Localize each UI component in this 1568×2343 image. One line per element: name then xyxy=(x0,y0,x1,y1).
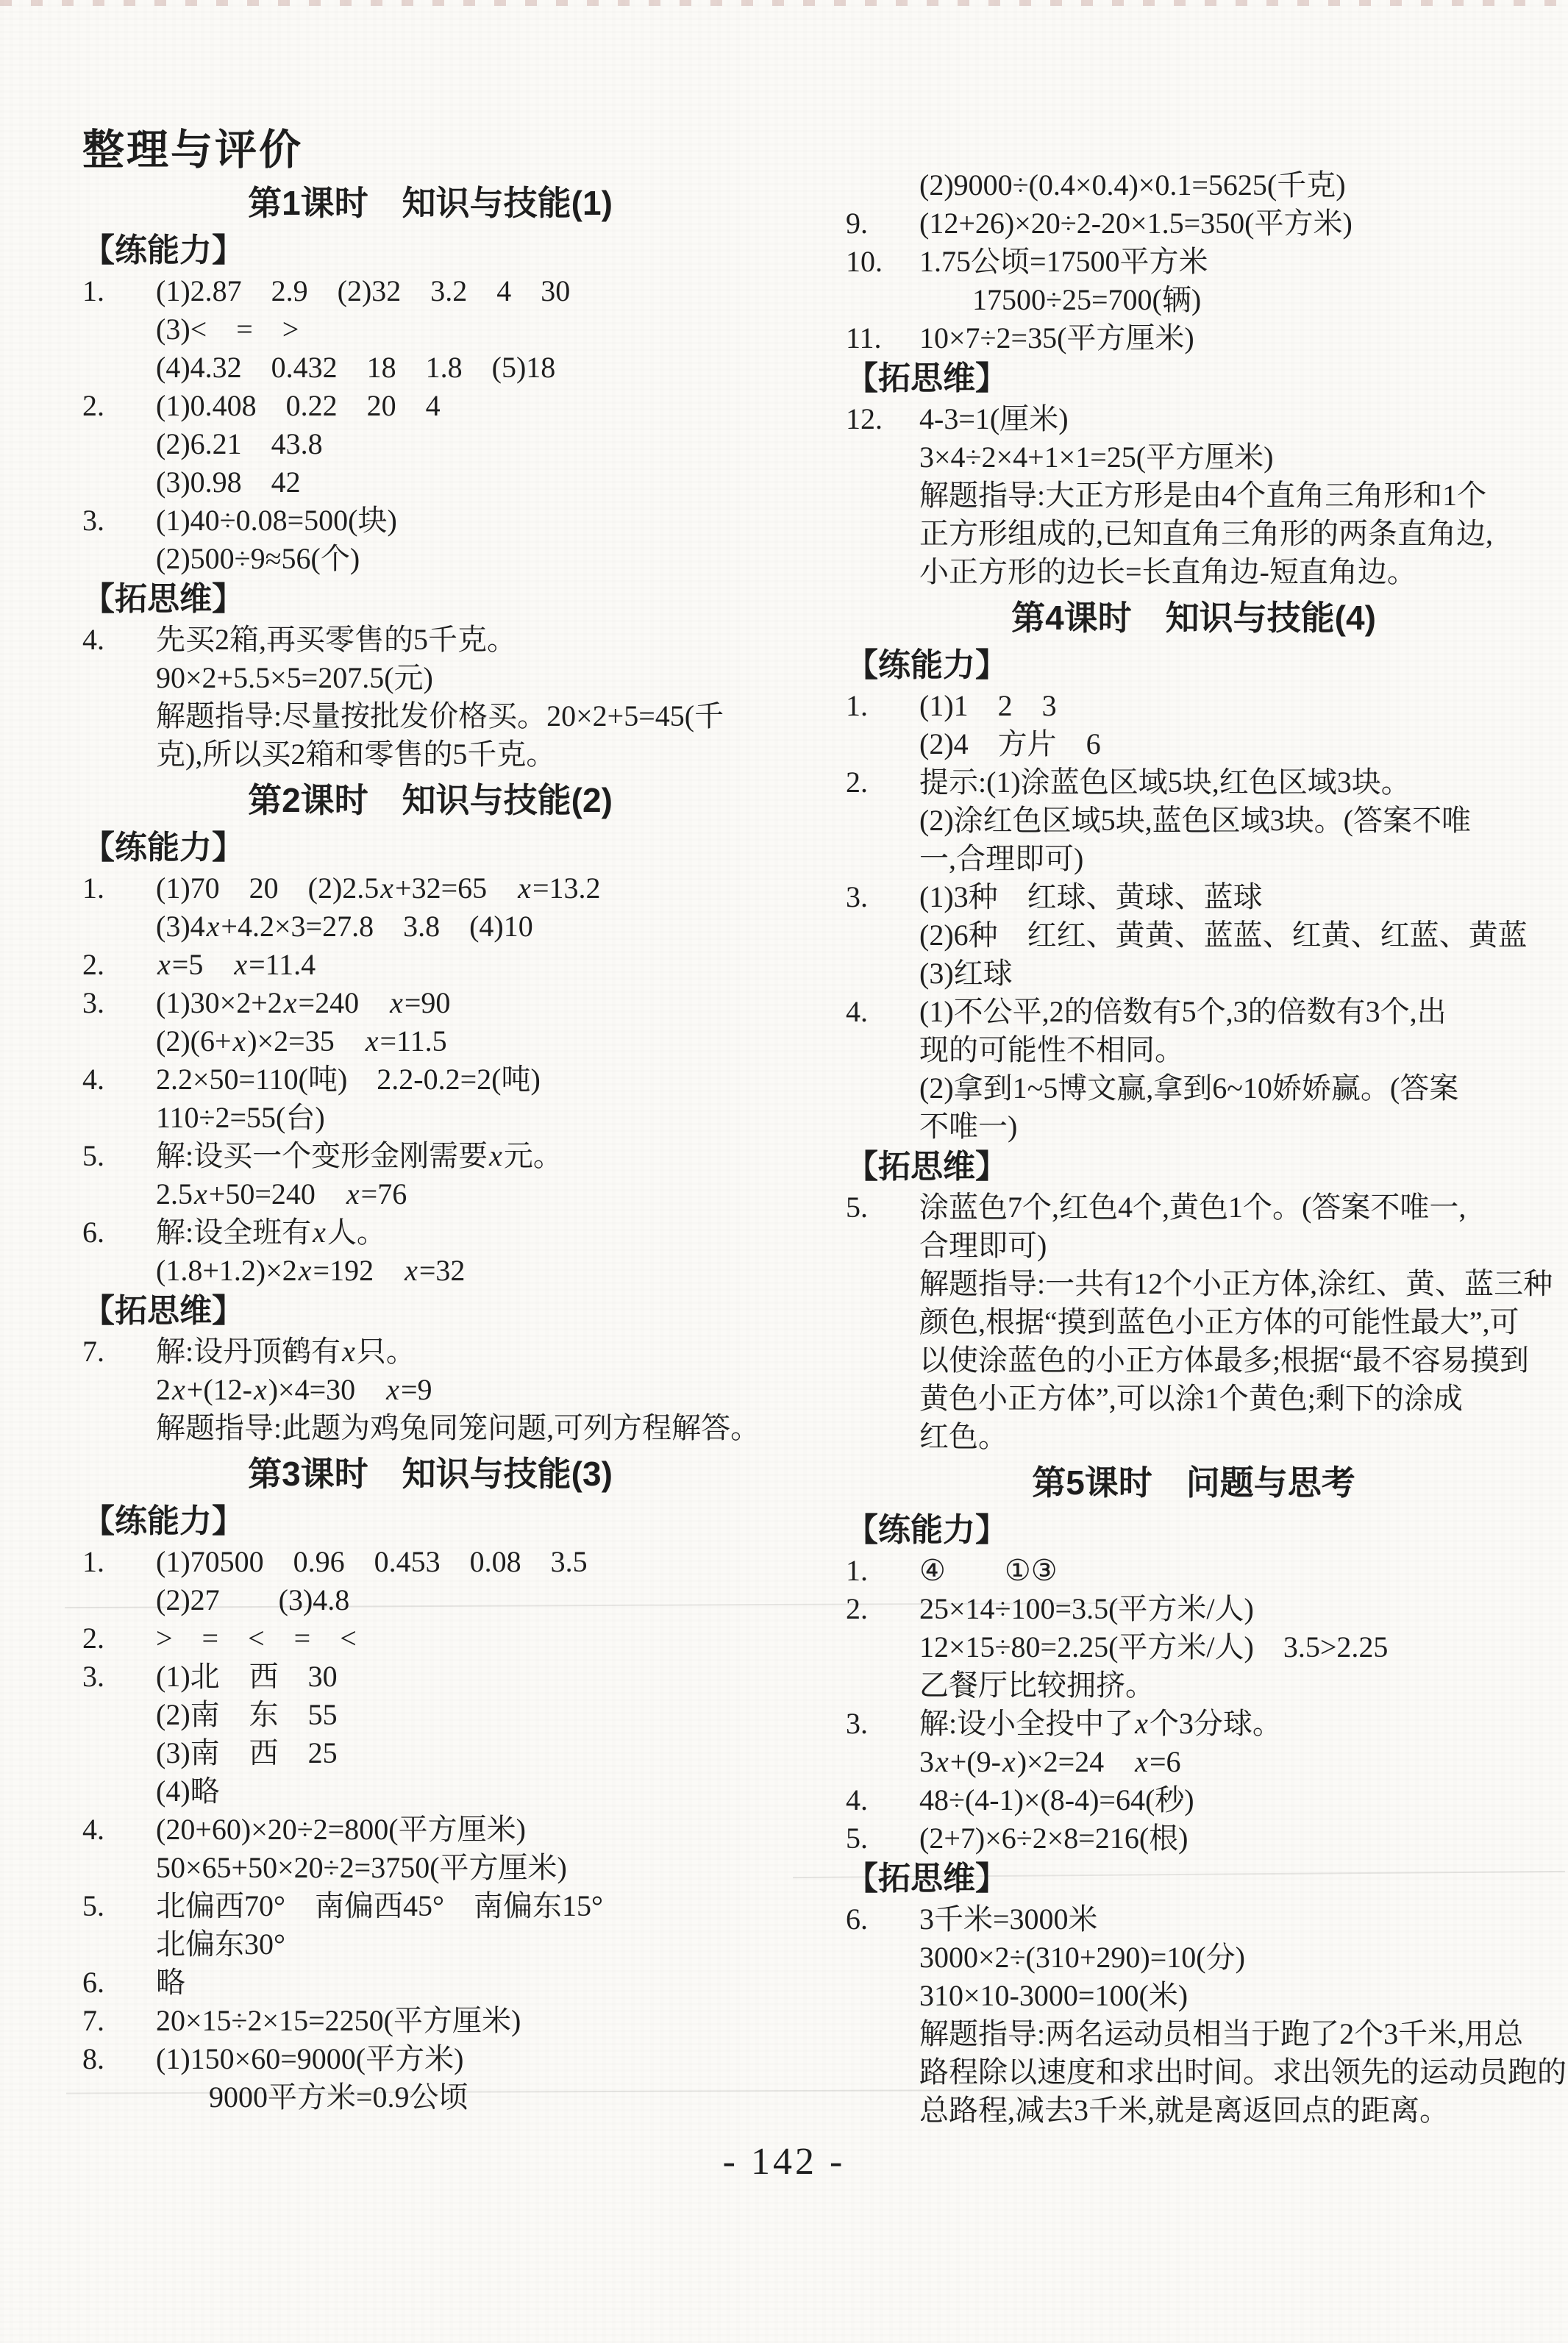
answer-text: (1)北 西 30 xyxy=(156,1660,338,1693)
answer-continuation: 北偏东30° xyxy=(82,1925,778,1964)
answer-text: 3千米=3000米 xyxy=(919,1902,1098,1936)
item-number: 3. xyxy=(82,1658,156,1696)
item-number: 2. xyxy=(846,1590,919,1628)
answer-text: (1)1 2 3 xyxy=(919,689,1057,722)
ability-label: 【拓思维】 xyxy=(82,578,778,621)
answer-text: (4)略 xyxy=(156,1775,220,1808)
heading-text: 第1课时 知识与技能(1) xyxy=(248,184,613,222)
answer-continuation: 克),所以买2箱和零售的5千克。 xyxy=(82,735,778,774)
answer-text: (2)6.21 43.8 xyxy=(156,427,323,460)
item-number: 6. xyxy=(82,1964,156,2002)
item-number: 6. xyxy=(82,1213,156,1252)
answer-text: (1)不公平,2的倍数有5个,3的倍数有3个,出 xyxy=(919,995,1447,1028)
answer-text: (2)9000÷(0.4×0.4)×0.1=5625(千克) xyxy=(919,168,1346,202)
math-variable: x xyxy=(934,1745,950,1778)
answer-text: 现的可能性不相同。 xyxy=(919,1033,1184,1066)
answer-item: 1.(1)70 20 (2)2.5x+32=65 x=13.2 xyxy=(82,869,778,907)
left-column: 整理与评价第1课时 知识与技能(1)【练能力】1.(1)2.87 2.9 (2)… xyxy=(82,124,778,2116)
answer-item: 8.(1)150×60=9000(平方米) xyxy=(82,2040,778,2078)
answer-continuation: (1.8+1.2)×2x=192 x=32 xyxy=(82,1252,778,1290)
item-number: 1. xyxy=(846,687,919,725)
ability-label: 【练能力】 xyxy=(846,1509,1542,1552)
label-text: 【练能力】 xyxy=(846,647,1008,683)
answer-continuation: (2)(6+x)×2=35 x=11.5 xyxy=(82,1022,778,1060)
math-variable: x xyxy=(379,871,395,905)
ability-label: 【拓思维】 xyxy=(846,357,1542,400)
answer-item: 1.(1)70500 0.96 0.453 0.08 3.5 xyxy=(82,1543,778,1581)
answer-continuation: (4)4.32 0.432 18 1.8 (5)18 xyxy=(82,349,778,387)
answer-text: 解题指导:大正方形是由4个直角三角形和1个 xyxy=(919,479,1486,512)
lesson-heading: 第4课时 知识与技能(4) xyxy=(846,591,1542,644)
answer-continuation: 总路程,减去3千米,就是离返回点的距离。 xyxy=(846,2091,1542,2130)
item-number: 4. xyxy=(82,1811,156,1849)
answer-continuation: 50×65+50×20÷2=3750(平方厘米) xyxy=(82,1849,778,1887)
answer-item: 1.④ ①③ xyxy=(846,1552,1542,1590)
answer-text: 50×65+50×20÷2=3750(平方厘米) xyxy=(156,1851,567,1884)
answer-continuation: 黄色小正方体”,可以涂1个黄色;剩下的涂成 xyxy=(846,1380,1542,1418)
label-text: 【拓思维】 xyxy=(846,1149,1008,1185)
item-number: 4. xyxy=(846,1781,919,1819)
answer-continuation: 310×10-3000=100(米) xyxy=(846,1977,1542,2015)
answer-item: 1.(1)1 2 3 xyxy=(846,687,1542,725)
answer-continuation: 正方形组成的,已知直角三角形的两条直角边, xyxy=(846,515,1542,553)
answer-item: 2.提示:(1)涂蓝色区域5块,红色区域3块。 xyxy=(846,763,1542,802)
answer-text: 总路程,减去3千米,就是离返回点的距离。 xyxy=(919,2094,1449,2127)
answer-text: 解:设全班有x人。 xyxy=(156,1216,386,1249)
answer-item: 2.x=5 x=11.4 xyxy=(82,946,778,984)
answer-text: 9000平方米=0.9公顷 xyxy=(209,2080,468,2114)
ability-label: 【练能力】 xyxy=(82,1500,778,1543)
answer-continuation: (2)9000÷(0.4×0.4)×0.1=5625(千克) xyxy=(846,166,1542,204)
page-number: - 142 - xyxy=(0,2139,1568,2186)
answer-item: 2.(1)0.408 0.22 20 4 xyxy=(82,387,778,425)
answer-text: (2)500÷9≈56(个) xyxy=(156,542,360,575)
answer-continuation: 以使涂蓝色的小正方体最多;根据“最不容易摸到 xyxy=(846,1341,1542,1380)
answer-text: 涂蓝色7个,红色4个,黄色1个。(答案不唯一, xyxy=(919,1191,1466,1224)
item-number: 9. xyxy=(846,204,919,243)
answer-text: 12×15÷80=2.25(平方米/人) 3.5>2.25 xyxy=(919,1630,1388,1663)
answer-item: 11.10×7÷2=35(平方厘米) xyxy=(846,319,1542,357)
answer-text: 10×7÷2=35(平方厘米) xyxy=(919,321,1194,354)
answer-text: 乙餐厅比较拥挤。 xyxy=(919,1669,1155,1702)
answer-item: 12.4-3=1(厘米) xyxy=(846,400,1542,438)
item-number: 12. xyxy=(846,400,919,438)
label-text: 【练能力】 xyxy=(82,1503,244,1539)
math-variable: x xyxy=(388,986,405,1019)
answer-text: 25×14÷100=3.5(平方米/人) xyxy=(919,1592,1254,1625)
heading-text: 第2课时 知识与技能(2) xyxy=(248,781,613,819)
answer-item: 6.略 xyxy=(82,1964,778,2002)
answer-continuation: (3)4x+4.2×3=27.8 3.8 (4)10 xyxy=(82,907,778,946)
answer-text: (1)70500 0.96 0.453 0.08 3.5 xyxy=(156,1545,588,1578)
math-variable: x xyxy=(516,871,532,905)
answer-item: 3.(1)40÷0.08=500(块) xyxy=(82,502,778,540)
answer-item: 7.20×15÷2×15=2250(平方厘米) xyxy=(82,2002,778,2040)
answer-text: 解:设小全投中了x个3分球。 xyxy=(919,1707,1282,1740)
label-text: 【拓思维】 xyxy=(846,1861,1008,1897)
answer-text: 3000×2÷(310+290)=10(分) xyxy=(919,1941,1245,1974)
item-number: 3. xyxy=(82,502,156,540)
answer-text: (2)6种 红红、黄黄、蓝蓝、红黄、红蓝、黄蓝 xyxy=(919,919,1528,952)
answer-text: 先买2箱,再买零售的5千克。 xyxy=(156,623,516,656)
answer-continuation: 3×4÷2×4+1×1=25(平方厘米) xyxy=(846,438,1542,477)
answer-text: 正方形组成的,已知直角三角形的两条直角边, xyxy=(919,517,1493,550)
item-number: 2. xyxy=(82,387,156,425)
answer-item: 4.48÷(4-1)×(8-4)=64(秒) xyxy=(846,1781,1542,1819)
lesson-heading: 第2课时 知识与技能(2) xyxy=(82,774,778,827)
answer-text: 解题指导:尽量按批发价格买。20×2+5=45(千 xyxy=(156,699,724,732)
answer-text: (3)0.98 42 xyxy=(156,466,301,499)
item-number: 1. xyxy=(846,1552,919,1590)
answer-continuation: 3000×2÷(310+290)=10(分) xyxy=(846,1939,1542,1977)
item-number: 5. xyxy=(82,1887,156,1925)
answer-continuation: 红色。 xyxy=(846,1418,1542,1456)
answer-text: 2.5x+50=240 x=76 xyxy=(156,1177,407,1210)
item-number: 2. xyxy=(82,946,156,984)
answer-text: (1)150×60=9000(平方米) xyxy=(156,2042,463,2075)
answer-text: 4-3=1(厘米) xyxy=(919,402,1069,435)
answer-continuation: 解题指导:两名运动员相当于跑了2个3千米,用总 xyxy=(846,2015,1542,2053)
answer-item: 2.25×14÷100=3.5(平方米/人) xyxy=(846,1590,1542,1628)
answer-text: 北偏东30° xyxy=(156,1927,285,1961)
title-text: 整理与评价 xyxy=(82,126,303,174)
item-number: 4. xyxy=(82,621,156,659)
answer-item: 7.解:设丹顶鹤有x只。 xyxy=(82,1333,778,1371)
item-number: 7. xyxy=(82,1333,156,1371)
answer-text: > = < = < xyxy=(156,1622,357,1655)
answer-text: (1)40÷0.08=500(块) xyxy=(156,504,397,537)
answer-text: (4)4.32 0.432 18 1.8 (5)18 xyxy=(156,351,555,384)
answer-continuation: 一,合理即可) xyxy=(846,840,1542,878)
answer-text: (3)南 西 25 xyxy=(156,1736,338,1769)
answer-text: 一,合理即可) xyxy=(919,842,1083,875)
answer-continuation: 3x+(9-x)×2=24 x=6 xyxy=(846,1743,1542,1781)
ability-label: 【拓思维】 xyxy=(846,1858,1542,1900)
answer-item: 6.解:设全班有x人。 xyxy=(82,1213,778,1252)
math-variable: x xyxy=(205,910,221,943)
item-number: 1. xyxy=(82,1543,156,1581)
answer-text: 不唯一) xyxy=(919,1110,1017,1143)
answer-continuation: 90×2+5.5×5=207.5(元) xyxy=(82,659,778,697)
math-variable: x xyxy=(156,948,172,981)
item-number: 5. xyxy=(846,1819,919,1858)
item-number: 4. xyxy=(846,993,919,1031)
lesson-heading: 第5课时 问题与思考 xyxy=(846,1456,1542,1509)
label-text: 【练能力】 xyxy=(82,830,244,866)
answer-continuation: 路程除以速度和求出时间。求出领先的运动员跑的 xyxy=(846,2053,1542,2091)
answer-text: (3)< = > xyxy=(156,313,299,346)
math-variable: x xyxy=(341,1335,357,1368)
right-column: (2)9000÷(0.4×0.4)×0.1=5625(千克)9.(12+26)×… xyxy=(846,166,1542,2130)
item-number: 8. xyxy=(82,2040,156,2078)
item-number: 2. xyxy=(82,1619,156,1658)
answer-continuation: 解题指导:此题为鸡兔同笼问题,可列方程解答。 xyxy=(82,1409,778,1447)
answer-continuation: (2)6种 红红、黄黄、蓝蓝、红黄、红蓝、黄蓝 xyxy=(846,916,1542,955)
answer-text: 黄色小正方体”,可以涂1个黄色;剩下的涂成 xyxy=(919,1382,1463,1415)
answer-text: 解:设丹顶鹤有x只。 xyxy=(156,1335,416,1368)
answer-text: 略 xyxy=(156,1966,185,1999)
book-section-title: 整理与评价 xyxy=(82,124,778,176)
answer-continuation: 解题指导:尽量按批发价格买。20×2+5=45(千 xyxy=(82,697,778,735)
math-variable: x xyxy=(364,1024,380,1058)
answer-text: (1)30×2+2x=240 x=90 xyxy=(156,986,450,1019)
answer-text: 合理即可) xyxy=(919,1229,1047,1262)
math-variable: x xyxy=(488,1139,504,1172)
answer-item: 5.北偏西70° 南偏西45° 南偏东15° xyxy=(82,1887,778,1925)
item-number: 10. xyxy=(846,243,919,281)
answer-text: (20+60)×20÷2=800(平方厘米) xyxy=(156,1813,526,1846)
answer-text: 北偏西70° 南偏西45° 南偏东15° xyxy=(156,1889,603,1922)
answer-text: 1.75公顷=17500平方米 xyxy=(919,245,1208,278)
answer-continuation: (4)略 xyxy=(82,1772,778,1811)
answer-continuation: 乙餐厅比较拥挤。 xyxy=(846,1666,1542,1705)
item-number: 1. xyxy=(82,272,156,310)
answer-continuation: 小正方形的边长=长直角边-短直角边。 xyxy=(846,553,1542,591)
answer-continuation: 12×15÷80=2.25(平方米/人) 3.5>2.25 xyxy=(846,1628,1542,1666)
answer-text: 解题指导:此题为鸡兔同笼问题,可列方程解答。 xyxy=(156,1411,760,1444)
answer-continuation: 2.5x+50=240 x=76 xyxy=(82,1175,778,1213)
scanned-workbook-page: 整理与评价第1课时 知识与技能(1)【练能力】1.(1)2.87 2.9 (2)… xyxy=(0,0,1568,2343)
answer-item: 5.(2+7)×6÷2×8=216(根) xyxy=(846,1819,1542,1858)
item-number: 1. xyxy=(82,869,156,907)
answer-text: 提示:(1)涂蓝色区域5块,红色区域3块。 xyxy=(919,766,1411,799)
answer-continuation: 解题指导:大正方形是由4个直角三角形和1个 xyxy=(846,477,1542,515)
item-number: 11. xyxy=(846,319,919,357)
answer-item: 10.1.75公顷=17500平方米 xyxy=(846,243,1542,281)
answer-text: (2)南 东 55 xyxy=(156,1698,338,1731)
answer-continuation: 解题指导:一共有12个小正方体,涂红、黄、蓝三种 xyxy=(846,1265,1542,1303)
answer-text: 48÷(4-1)×(8-4)=64(秒) xyxy=(919,1783,1194,1816)
math-variable: x xyxy=(232,1024,248,1058)
item-number: 6. xyxy=(846,1900,919,1939)
label-text: 【拓思维】 xyxy=(82,1293,244,1329)
answer-text: x=5 x=11.4 xyxy=(156,948,316,981)
answer-text: 3x+(9-x)×2=24 x=6 xyxy=(919,1745,1181,1778)
answer-item: 9.(12+26)×20÷2-20×1.5=350(平方米) xyxy=(846,204,1542,243)
answer-continuation: (2)500÷9≈56(个) xyxy=(82,540,778,578)
ability-label: 【练能力】 xyxy=(846,644,1542,687)
answer-text: ④ ①③ xyxy=(919,1554,1058,1587)
answer-continuation: 不唯一) xyxy=(846,1108,1542,1146)
answer-item: 1.(1)2.87 2.9 (2)32 3.2 4 30 xyxy=(82,272,778,310)
answer-text: (2)涂红色区域5块,蓝色区域3块。(答案不唯 xyxy=(919,804,1471,837)
answer-continuation: (3)0.98 42 xyxy=(82,463,778,502)
answer-item: 5.解:设买一个变形金刚需要x元。 xyxy=(82,1137,778,1175)
item-number: 3. xyxy=(82,984,156,1022)
answer-text: 17500÷25=700(辆) xyxy=(972,283,1201,316)
answer-text: (3)红球 xyxy=(919,957,1013,990)
answer-continuation-deep: 17500÷25=700(辆) xyxy=(846,281,1542,319)
answer-item: 6.3千米=3000米 xyxy=(846,1900,1542,1939)
math-variable: x xyxy=(171,1373,187,1406)
item-number: 4. xyxy=(82,1060,156,1099)
answer-item: 4.2.2×50=110(吨) 2.2-0.2=2(吨) xyxy=(82,1060,778,1099)
answer-continuation: 合理即可) xyxy=(846,1227,1542,1265)
answer-continuation: 颜色,根据“摸到蓝色小正方体的可能性最大”,可 xyxy=(846,1303,1542,1341)
heading-text: 第3课时 知识与技能(3) xyxy=(248,1455,613,1493)
answer-text: 20×15÷2×15=2250(平方厘米) xyxy=(156,2004,521,2037)
answer-text: 310×10-3000=100(米) xyxy=(919,1979,1188,2012)
answer-text: 以使涂蓝色的小正方体最多;根据“最不容易摸到 xyxy=(919,1344,1529,1377)
answer-item: 4.(20+60)×20÷2=800(平方厘米) xyxy=(82,1811,778,1849)
answer-text: (12+26)×20÷2-20×1.5=350(平方米) xyxy=(919,207,1353,240)
answer-item: 3.(1)30×2+2x=240 x=90 xyxy=(82,984,778,1022)
answer-text: 110÷2=55(台) xyxy=(156,1101,325,1134)
answer-text: (1)70 20 (2)2.5x+32=65 x=13.2 xyxy=(156,871,601,905)
ability-label: 【拓思维】 xyxy=(82,1290,778,1333)
answer-text: 小正方形的边长=长直角边-短直角边。 xyxy=(919,555,1416,588)
answer-text: 红色。 xyxy=(919,1420,1008,1453)
answer-text: 2.2×50=110(吨) 2.2-0.2=2(吨) xyxy=(156,1063,541,1096)
item-number: 5. xyxy=(846,1188,919,1227)
math-variable: x xyxy=(1001,1745,1017,1778)
answer-item: 4.(1)不公平,2的倍数有5个,3的倍数有3个,出 xyxy=(846,993,1542,1031)
answer-continuation: 110÷2=55(台) xyxy=(82,1099,778,1137)
answer-continuation: (2)4 方片 6 xyxy=(846,725,1542,763)
answer-item: 3.(1)3种 红球、黄球、蓝球 xyxy=(846,878,1542,916)
answer-continuation: (3)< = > xyxy=(82,310,778,349)
item-number: 5. xyxy=(82,1137,156,1175)
math-variable: x xyxy=(282,986,299,1019)
ability-label: 【拓思维】 xyxy=(846,1146,1542,1188)
answer-text: 颜色,根据“摸到蓝色小正方体的可能性最大”,可 xyxy=(919,1305,1519,1338)
answer-text: 路程除以速度和求出时间。求出领先的运动员跑的 xyxy=(919,2055,1567,2089)
answer-continuation: (2)南 东 55 xyxy=(82,1696,778,1734)
answer-text: 克),所以买2箱和零售的5千克。 xyxy=(156,738,555,771)
label-text: 【拓思维】 xyxy=(846,360,1008,396)
answer-text: (2)拿到1~5博文赢,拿到6~10娇娇赢。(答案 xyxy=(919,1071,1458,1105)
item-number: 2. xyxy=(846,763,919,802)
lesson-heading: 第1课时 知识与技能(1) xyxy=(82,176,778,229)
math-variable: x xyxy=(193,1177,209,1210)
math-variable: x xyxy=(385,1373,401,1406)
answer-continuation: (2)涂红色区域5块,蓝色区域3块。(答案不唯 xyxy=(846,802,1542,840)
answer-text: (1)0.408 0.22 20 4 xyxy=(156,389,441,422)
ability-label: 【练能力】 xyxy=(82,827,778,869)
answer-continuation: (2)27 (3)4.8 xyxy=(82,1581,778,1619)
answer-item: 2.> = < = < xyxy=(82,1619,778,1658)
math-variable: x xyxy=(297,1254,313,1287)
answer-continuation: (2)6.21 43.8 xyxy=(82,425,778,463)
answer-text: (1)2.87 2.9 (2)32 3.2 4 30 xyxy=(156,274,570,307)
answer-continuation: (2)拿到1~5博文赢,拿到6~10娇娇赢。(答案 xyxy=(846,1069,1542,1108)
answer-text: (1)3种 红球、黄球、蓝球 xyxy=(919,880,1263,913)
item-number: 3. xyxy=(846,878,919,916)
ability-label: 【练能力】 xyxy=(82,229,778,272)
answer-text: (1.8+1.2)×2x=192 x=32 xyxy=(156,1254,465,1287)
label-text: 【拓思维】 xyxy=(82,581,244,617)
answer-text: (2+7)×6÷2×8=216(根) xyxy=(919,1822,1188,1855)
answer-continuation: 现的可能性不相同。 xyxy=(846,1031,1542,1069)
answer-text: (2)(6+x)×2=35 x=11.5 xyxy=(156,1024,447,1058)
answer-continuation: (3)红球 xyxy=(846,955,1542,993)
math-variable: x xyxy=(232,948,249,981)
answer-continuation: (3)南 西 25 xyxy=(82,1734,778,1772)
answer-item: 3.(1)北 西 30 xyxy=(82,1658,778,1696)
heading-text: 第4课时 知识与技能(4) xyxy=(1011,599,1376,637)
math-variable: x xyxy=(345,1177,361,1210)
answer-text: 2x+(12-x)×4=30 x=9 xyxy=(156,1373,432,1406)
answer-continuation: 2x+(12-x)×4=30 x=9 xyxy=(82,1371,778,1409)
answer-item: 4.先买2箱,再买零售的5千克。 xyxy=(82,621,778,659)
answer-text: 解:设买一个变形金刚需要x元。 xyxy=(156,1139,563,1172)
answer-text: (3)4x+4.2×3=27.8 3.8 (4)10 xyxy=(156,910,533,943)
label-text: 【练能力】 xyxy=(82,232,244,268)
lesson-heading: 第3课时 知识与技能(3) xyxy=(82,1447,778,1500)
answer-text: 解题指导:两名运动员相当于跑了2个3千米,用总 xyxy=(919,2017,1523,2050)
answer-continuation-deep: 9000平方米=0.9公顷 xyxy=(82,2078,778,2116)
heading-text: 第5课时 问题与思考 xyxy=(1032,1463,1355,1502)
math-variable: x xyxy=(311,1216,327,1249)
math-variable: x xyxy=(403,1254,419,1287)
item-number: 3. xyxy=(846,1705,919,1743)
answer-item: 5.涂蓝色7个,红色4个,黄色1个。(答案不唯一, xyxy=(846,1188,1542,1227)
answer-text: 解题指导:一共有12个小正方体,涂红、黄、蓝三种 xyxy=(919,1267,1553,1300)
math-variable: x xyxy=(1133,1707,1150,1740)
math-variable: x xyxy=(252,1373,268,1406)
answer-text: 90×2+5.5×5=207.5(元) xyxy=(156,661,433,694)
answer-text: (2)4 方片 6 xyxy=(919,727,1101,760)
item-number: 7. xyxy=(82,2002,156,2040)
math-variable: x xyxy=(1133,1745,1150,1778)
scan-edge-marks xyxy=(0,0,1568,6)
answer-text: 3×4÷2×4+1×1=25(平方厘米) xyxy=(919,441,1273,474)
answer-text: (2)27 (3)4.8 xyxy=(156,1583,349,1616)
label-text: 【练能力】 xyxy=(846,1512,1008,1548)
answer-item: 3.解:设小全投中了x个3分球。 xyxy=(846,1705,1542,1743)
